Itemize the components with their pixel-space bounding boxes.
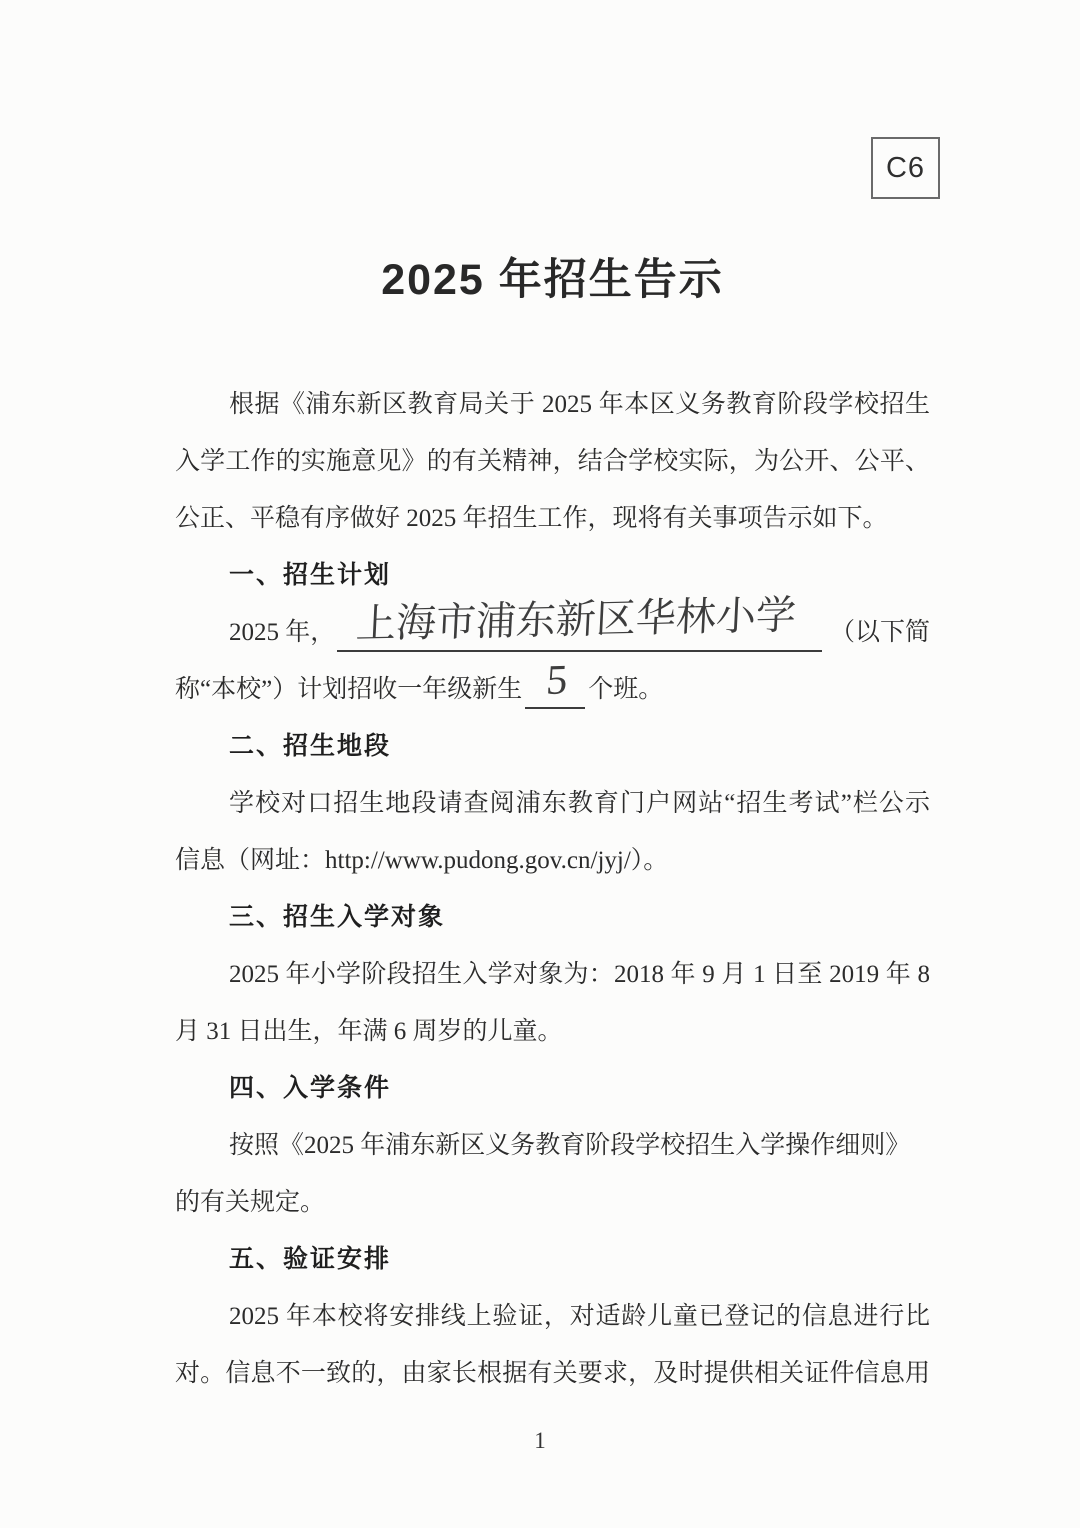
intro-line-3: 公正、平稳有序做好 2025 年招生工作，现将有关事项告示如下。 (175, 490, 930, 547)
conditions-line-1: 按照《2025 年浦东新区义务教育阶段学校招生入学操作细则》 (175, 1117, 930, 1174)
eligibility-line-1: 2025 年小学阶段招生入学对象为：2018 年 9 月 1 日至 2019 年… (175, 946, 930, 1003)
class-count-line-prefix: 称“本校”）计划招收一年级新生 (175, 661, 522, 718)
eligibility-line-2: 月 31 日出生，年满 6 周岁的儿童。 (175, 1003, 930, 1060)
section-3-heading: 三、招生入学对象 (175, 889, 930, 946)
conditions-line-2: 的有关规定。 (175, 1174, 930, 1231)
class-count-line-suffix: 个班。 (588, 661, 663, 718)
verification-line-2: 对。信息不一致的，由家长根据有关要求，及时提供相关证件信息用 (175, 1345, 930, 1402)
section-5-heading: 五、验证安排 (175, 1231, 930, 1288)
document-body: 根据《浦东新区教育局关于 2025 年本区义务教育阶段学校招生 入学工作的实施意… (175, 376, 930, 1402)
section-2-heading: 二、招生地段 (175, 718, 930, 775)
document-page: C6 2025 年招生告示 根据《浦东新区教育局关于 2025 年本区义务教育阶… (0, 0, 1080, 1528)
intro-line-1: 根据《浦东新区教育局关于 2025 年本区义务教育阶段学校招生 (175, 376, 930, 433)
document-title: 2025 年招生告示 (175, 256, 930, 305)
website-url-prefix: 信息（网址： (175, 847, 325, 874)
school-name-handwritten: 上海市浦东新区华林小学 (337, 595, 797, 645)
school-name-line-suffix: （以下简 (830, 604, 930, 661)
form-code-box: C6 (871, 137, 940, 199)
website-url-line: 信息（网址：http://www.pudong.gov.cn/jyj/）。 (175, 832, 930, 889)
school-name-line-prefix: 2025 年， (175, 604, 335, 661)
page-number: 1 (0, 1428, 1080, 1454)
verification-line-1: 2025 年本校将安排线上验证，对适龄儿童已登记的信息进行比 (175, 1288, 930, 1345)
website-url: http://www.pudong.gov.cn/jyj/ (325, 847, 631, 874)
intro-line-2: 入学工作的实施意见》的有关精神，结合学校实际，为公开、公平、 (175, 433, 930, 490)
website-url-suffix: ）。 (631, 847, 669, 874)
class-count-line: 称“本校”）计划招收一年级新生 5 个班。 (175, 661, 930, 718)
class-count-blank: 5 (525, 661, 585, 718)
section-4-heading: 四、入学条件 (175, 1060, 930, 1117)
school-name-line: 2025 年， 上海市浦东新区华林小学 （以下简 (175, 604, 930, 661)
section-1-heading: 一、招生计划 (175, 547, 930, 604)
form-code-label: C6 (886, 152, 925, 185)
class-count-handwritten: 5 (545, 659, 569, 702)
district-line-1: 学校对口招生地段请查阅浦东教育门户网站“招生考试”栏公示 (175, 775, 930, 832)
school-name-blank: 上海市浦东新区华林小学 (337, 604, 822, 661)
